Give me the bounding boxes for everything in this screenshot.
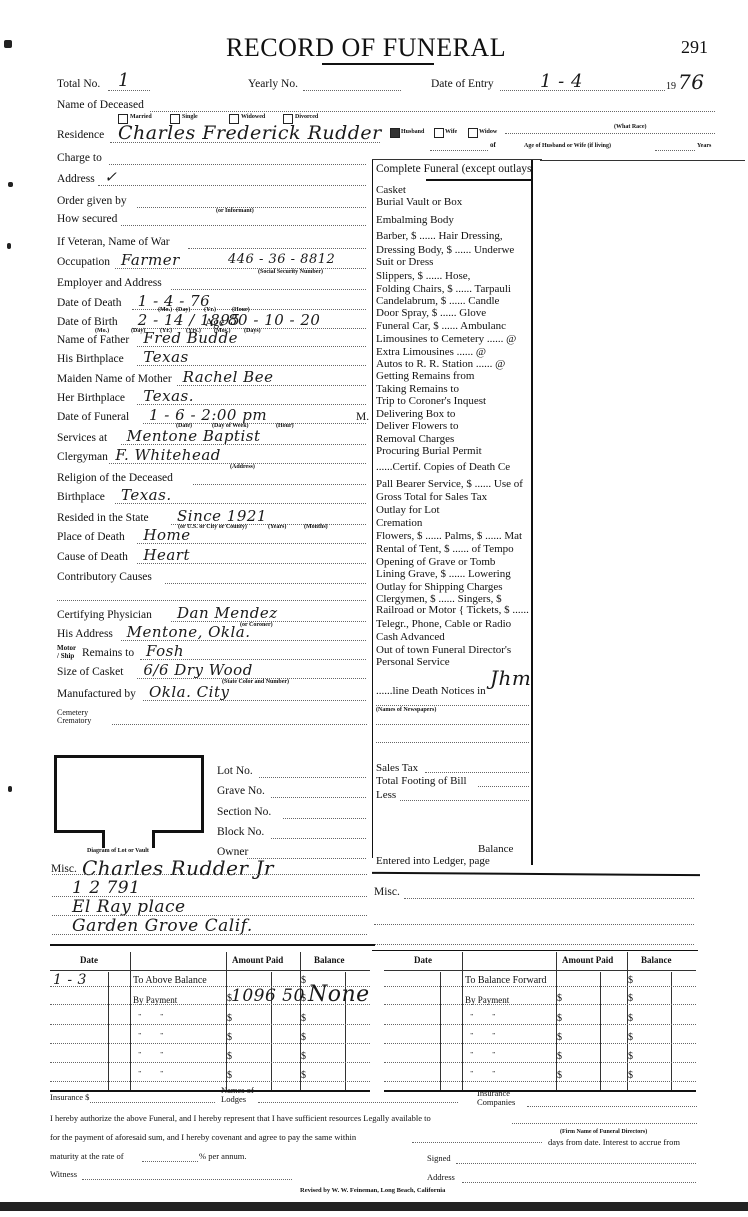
- field-line: [165, 583, 366, 584]
- ledger-line: [50, 1062, 370, 1063]
- field-label: Occupation: [57, 256, 110, 269]
- title-underline: [322, 63, 434, 65]
- per-annum-text: % per annum.: [199, 1152, 246, 1161]
- marital-option-widowed: Widowed: [241, 114, 265, 121]
- line: [376, 724, 529, 725]
- charge-item: Complete Funeral (except outlays: [376, 163, 531, 176]
- field-line: [283, 818, 366, 819]
- dollar-sign: $: [557, 1012, 562, 1025]
- residence-label: Residence: [57, 129, 104, 142]
- field-line: [259, 777, 366, 778]
- charge-item: Slippers, $ ...... Hose,: [376, 270, 531, 283]
- revised-credit: Revised by W. W. Feineman, Long Beach, C…: [300, 1187, 445, 1194]
- marital-option-married: Married: [130, 114, 152, 121]
- field-note: (Days): [244, 328, 261, 335]
- field-note: (Address): [230, 464, 255, 471]
- of-label: of: [490, 142, 496, 149]
- signed-line[interactable]: [456, 1163, 696, 1164]
- address-label: Address: [427, 1173, 455, 1182]
- line: [412, 1142, 542, 1143]
- charge-item: Barber, $ ...... Hair Dressing,: [376, 230, 531, 243]
- field-value[interactable]: 1 - 6 - 2:00 pm: [149, 406, 267, 424]
- authorize-text: I hereby authorize the above Funeral, an…: [50, 1114, 431, 1123]
- date-of-entry-value: 1 - 4: [540, 71, 583, 92]
- ditto-mark: ": [470, 1033, 473, 1040]
- address-line[interactable]: [462, 1182, 696, 1183]
- years-label: Years: [697, 143, 711, 150]
- ledger-balance-value[interactable]: None: [308, 982, 370, 1007]
- charges-right-border: [531, 160, 533, 865]
- line: [425, 772, 529, 773]
- charge-item: Procuring Burial Permit: [376, 445, 531, 458]
- dollar-sign: $: [227, 1031, 232, 1044]
- scan-mark: [4, 40, 12, 48]
- lot-diagram: [54, 755, 204, 833]
- line: [400, 800, 529, 801]
- dollar-sign: $: [227, 1050, 232, 1063]
- checkbox-wife[interactable]: [434, 128, 444, 138]
- lot-field-label: Block No.: [217, 826, 264, 839]
- marital-option-single: Single: [182, 114, 198, 121]
- charge-item: Deliver Flowers to: [376, 420, 531, 433]
- ledger-header-balance: Balance: [641, 954, 672, 967]
- line: [376, 705, 529, 706]
- date-of-entry-label: Date of Entry: [431, 78, 494, 91]
- ledger-by-payment: By Payment: [133, 994, 177, 1007]
- field-line: [52, 934, 367, 935]
- ledger-header-balance: Balance: [314, 954, 345, 967]
- page-number: 291: [681, 37, 708, 58]
- field-value[interactable]: Dan Mendez: [177, 604, 278, 622]
- line: [142, 1161, 198, 1162]
- ledger-bottom: [50, 1090, 370, 1092]
- field-label: Cause of Death: [57, 551, 128, 564]
- line: [90, 1102, 215, 1103]
- ledger-line: [384, 1081, 696, 1082]
- field-label: Her Birthplace: [57, 392, 125, 405]
- field-label: Charge to: [57, 152, 102, 165]
- field-value[interactable]: Heart: [143, 546, 190, 564]
- field-value[interactable]: Fred Budde: [143, 329, 238, 347]
- total-footing-label: Total Footing of Bill: [376, 775, 467, 788]
- dollar-sign: $: [557, 1069, 562, 1082]
- field-label: Contributory Causes: [57, 571, 152, 584]
- col-divider: [600, 972, 601, 1090]
- field-line: [57, 600, 366, 601]
- checkbox-husband[interactable]: [390, 128, 400, 138]
- field-line: [109, 164, 366, 165]
- ledger-line: [50, 1081, 370, 1082]
- field-label: Religion of the Deceased: [57, 472, 173, 485]
- total-no-label: Total No.: [57, 78, 100, 91]
- field-value[interactable]: F. Whitehead: [115, 446, 220, 464]
- ledger-line: [384, 1024, 696, 1025]
- ledger-line: [50, 1024, 370, 1025]
- ssn-value[interactable]: 446 - 36 - 8812: [228, 252, 335, 267]
- ledger-to-balance: To Balance Forward: [465, 974, 547, 987]
- field-label: Address: [57, 173, 95, 186]
- marital-option-divorced: Divorced: [295, 114, 318, 121]
- field-value[interactable]: Rachel Bee: [183, 368, 274, 386]
- field-value[interactable]: Texas.: [143, 387, 194, 405]
- ditto-mark: ": [492, 1033, 495, 1040]
- ditto-mark: ": [160, 1071, 163, 1078]
- field-value[interactable]: Home: [143, 526, 190, 544]
- dollar-sign: $: [557, 1031, 562, 1044]
- lot-field-label: Section No.: [217, 806, 271, 819]
- field-line: [171, 289, 366, 290]
- motor-ship-label: Motor / Ship: [57, 644, 77, 660]
- line: [478, 786, 529, 787]
- dollar-sign: $: [227, 1012, 232, 1025]
- field-label: Remains to: [82, 647, 134, 660]
- field-label: Date of Funeral: [57, 411, 129, 424]
- charge-item: Lining Grave, $ ...... Lowering: [376, 568, 531, 581]
- field-note: (Social Security Number): [258, 269, 323, 276]
- field-label: Certifying Physician: [57, 609, 152, 622]
- insurance-companies-label: Insurance Companies: [477, 1089, 537, 1107]
- ledger-header-date: Date: [80, 954, 98, 967]
- lodges-label: Names of Lodges: [221, 1086, 261, 1104]
- field-value[interactable]: 2 - 14 / 1895: [138, 311, 241, 329]
- dollar-sign: $: [628, 1012, 633, 1025]
- ledger-by-payment: By Payment: [465, 994, 509, 1007]
- line: [527, 1106, 697, 1107]
- field-label: Resided in the State: [57, 512, 149, 525]
- age-spouse-label: Age of Husband or Wife (if living): [524, 143, 611, 150]
- field-label: Employer and Address: [57, 277, 162, 290]
- field-label: Date of Death: [57, 297, 122, 310]
- misc-line[interactable]: Garden Grove Calif.: [72, 916, 253, 936]
- field-label: His Address: [57, 628, 113, 641]
- days-from-text: days from date. Interest to accrue from: [548, 1138, 680, 1147]
- total-no-value: 1: [118, 70, 130, 91]
- misc-line[interactable]: El Ray place: [72, 897, 186, 917]
- field-label: Services at: [57, 432, 107, 445]
- field-line: [121, 225, 366, 226]
- charge-item: Door Spray, $ ...... Glove: [376, 307, 531, 320]
- ditto-mark: ": [160, 1014, 163, 1021]
- dollar-sign: $: [557, 992, 562, 1005]
- header-line: [50, 970, 370, 971]
- field-label: If Veteran, Name of War: [57, 236, 170, 249]
- col-divider: [462, 952, 463, 1090]
- field-value[interactable]: 1 - 4 - 76: [138, 292, 210, 310]
- ledger-header-amount: Amount Paid: [562, 954, 613, 967]
- insurance-label: Insurance $: [50, 1093, 89, 1102]
- misc-line[interactable]: 1 2 791: [72, 878, 140, 898]
- checkbox-widow[interactable]: [468, 128, 478, 138]
- field-line: [271, 838, 366, 839]
- field-value[interactable]: Texas: [143, 348, 188, 366]
- lot-field-label: Lot No.: [217, 765, 253, 778]
- ditto-mark: ": [138, 1071, 141, 1078]
- ditto-mark: ": [138, 1033, 141, 1040]
- field-label: Manufactured by: [57, 688, 136, 701]
- dollar-sign: $: [301, 1050, 306, 1063]
- charge-item: Funeral Car, $ ...... Ambulanc: [376, 320, 531, 333]
- field-value[interactable]: Texas.: [121, 486, 172, 504]
- field-value[interactable]: Okla. City: [149, 683, 229, 701]
- charge-item: Railroad or Motor { Tickets, $ ...... Ae…: [376, 604, 531, 617]
- line: [512, 1123, 697, 1124]
- witness-label: Witness: [50, 1170, 77, 1179]
- field-line: [52, 874, 367, 875]
- spouse-option-widow: Widow: [479, 129, 497, 136]
- field-line: [98, 185, 366, 186]
- firm-note: (Firm Name of Funeral Directors): [560, 1129, 647, 1136]
- maturity-text: maturity at the rate of: [50, 1152, 124, 1161]
- bottom-edge: [0, 1202, 748, 1211]
- field-label: His Birthplace: [57, 353, 124, 366]
- col-divider: [130, 952, 131, 1090]
- ditto-mark: ": [470, 1052, 473, 1059]
- dollar-sign: $: [628, 974, 633, 987]
- ditto-mark: ": [492, 1052, 495, 1059]
- field-value[interactable]: Fosh: [146, 642, 184, 660]
- ditto-mark: ": [160, 1033, 163, 1040]
- charge-item: Getting Remains from: [376, 370, 531, 383]
- ditto-mark: ": [492, 1071, 495, 1078]
- death-notices-label: ......line Death Notices in: [376, 685, 531, 698]
- charge-item: Pall Bearer Service, $ ...... Use of: [376, 478, 531, 491]
- signed-label: Signed: [427, 1154, 451, 1163]
- ledger-bottom: [384, 1090, 696, 1092]
- field-note: (Months): [304, 524, 328, 531]
- diagram-caption: Diagram of Lot or Vault: [87, 848, 149, 855]
- misc-line[interactable]: Charles Rudder Jr: [82, 856, 274, 880]
- line: [258, 1102, 458, 1103]
- field-label: Order given by: [57, 195, 127, 208]
- col-divider: [671, 972, 672, 1090]
- year-suffix: 76: [678, 70, 704, 94]
- spouse-option-wife: Wife: [445, 129, 457, 136]
- dollar-sign: $: [227, 1069, 232, 1082]
- ledger-date-value[interactable]: 1 - 3: [53, 972, 87, 988]
- field-value[interactable]: Mentone Baptist: [127, 427, 261, 445]
- field-label: Place of Death: [57, 531, 125, 544]
- page-title: RECORD OF FUNERAL: [226, 33, 506, 63]
- field-line: [112, 724, 367, 725]
- field-note: (Years): [268, 524, 286, 531]
- field-line: [188, 248, 366, 249]
- header-line: [384, 970, 696, 971]
- field-label: Size of Casket: [57, 666, 123, 679]
- charge-item: Suit or Dress: [376, 256, 531, 269]
- witness-line[interactable]: [82, 1179, 292, 1180]
- charge-item: Burial Vault or Box: [376, 196, 531, 209]
- age-value[interactable]: 80 - 10 - 20: [228, 311, 320, 329]
- charge-item: Telegr., Phone, Cable or Radio: [376, 618, 531, 631]
- name-of-deceased-label: Name of Deceased: [57, 99, 144, 112]
- yearly-no-label: Yearly No.: [248, 78, 298, 91]
- field-value[interactable]: Since 1921: [177, 507, 267, 525]
- charges-left-border: [372, 160, 373, 858]
- field-line: [271, 797, 366, 798]
- dollar-sign: $: [557, 1050, 562, 1063]
- dollar-sign: $: [628, 1031, 633, 1044]
- charge-item: Cash Advanced: [376, 631, 531, 644]
- field-value[interactable]: 6/6 Dry Wood: [143, 661, 252, 679]
- col-divider: [108, 972, 109, 1090]
- meridiem-label: M.: [356, 411, 369, 424]
- field-value[interactable]: Mentone, Okla.: [127, 623, 251, 641]
- ledger-to-balance: To Above Balance: [133, 974, 207, 987]
- sales-tax-label: Sales Tax: [376, 762, 418, 775]
- charge-item: Gross Total for Sales Tax: [376, 491, 531, 504]
- ditto-mark: ": [138, 1052, 141, 1059]
- misc-right-label: Misc.: [374, 886, 400, 899]
- charge-item: Flowers, $ ...... Palms, $ ...... Mat: [376, 530, 531, 543]
- ledger-header-date: Date: [414, 954, 432, 967]
- crematory-label: Crematory: [57, 716, 91, 725]
- field-note: (Hour): [276, 423, 294, 430]
- charge-item: ......Certif. Copies of Death Ce: [376, 461, 531, 474]
- lot-field-label: Grave No.: [217, 785, 265, 798]
- ditto-mark: ": [470, 1071, 473, 1078]
- newspapers-note: (Names of Newspapers): [376, 707, 436, 714]
- residence-value: Charles Frederick Rudder: [118, 122, 382, 144]
- col-divider: [440, 972, 441, 1090]
- year-prefix: 19: [666, 80, 676, 93]
- what-race-label: (What Race): [614, 124, 647, 131]
- spouse-option-husband: Husband: [401, 129, 424, 136]
- field-label: Name of Father: [57, 334, 129, 347]
- dollar-sign: $: [301, 1012, 306, 1025]
- ledger-amount-value[interactable]: 1096 50: [231, 986, 305, 1006]
- line: [376, 742, 529, 743]
- field-label: Maiden Name of Mother: [57, 373, 172, 386]
- field-value[interactable]: Farmer: [121, 251, 180, 269]
- dollar-sign: $: [628, 1069, 633, 1082]
- field-note: (or Informant): [216, 208, 254, 215]
- field-label: How secured: [57, 213, 117, 226]
- ditto-mark: ": [492, 1014, 495, 1021]
- ledger-header-amount: Amount Paid: [232, 954, 283, 967]
- charge-item: Outlay for Lot: [376, 504, 531, 517]
- ledger-page-label: Entered into Ledger, page: [376, 855, 490, 868]
- ledger-line: [384, 1043, 696, 1044]
- field-value[interactable]: ✓: [104, 168, 117, 186]
- ditto-mark: ": [138, 1014, 141, 1021]
- charge-item: Limousines to Cemetery ...... @: [376, 333, 531, 346]
- field-label: Clergyman: [57, 451, 108, 464]
- ledger-line: [384, 1004, 696, 1005]
- field-line: [193, 484, 366, 485]
- dollar-sign: $: [301, 1031, 306, 1044]
- charge-item: Embalming Body: [376, 214, 531, 227]
- ditto-mark: ": [160, 1052, 163, 1059]
- payment-text: for the payment of aforesaid sum, and I …: [50, 1133, 356, 1142]
- dollar-sign: $: [301, 1069, 306, 1082]
- field-label: Birthplace: [57, 491, 105, 504]
- charge-item: Rental of Tent, $ ...... of Tempo: [376, 543, 531, 556]
- ledger-line: [50, 1043, 370, 1044]
- ditto-mark: ": [470, 1014, 473, 1021]
- less-label: Less: [376, 789, 396, 802]
- dollar-sign: $: [628, 1050, 633, 1063]
- charge-item: Cremation: [376, 517, 531, 530]
- charge-item: Trip to Coroner's Inquest: [376, 395, 531, 408]
- ledger-line: [384, 1062, 696, 1063]
- field-note: (State Color and Number): [222, 679, 289, 686]
- dollar-sign: $: [628, 992, 633, 1005]
